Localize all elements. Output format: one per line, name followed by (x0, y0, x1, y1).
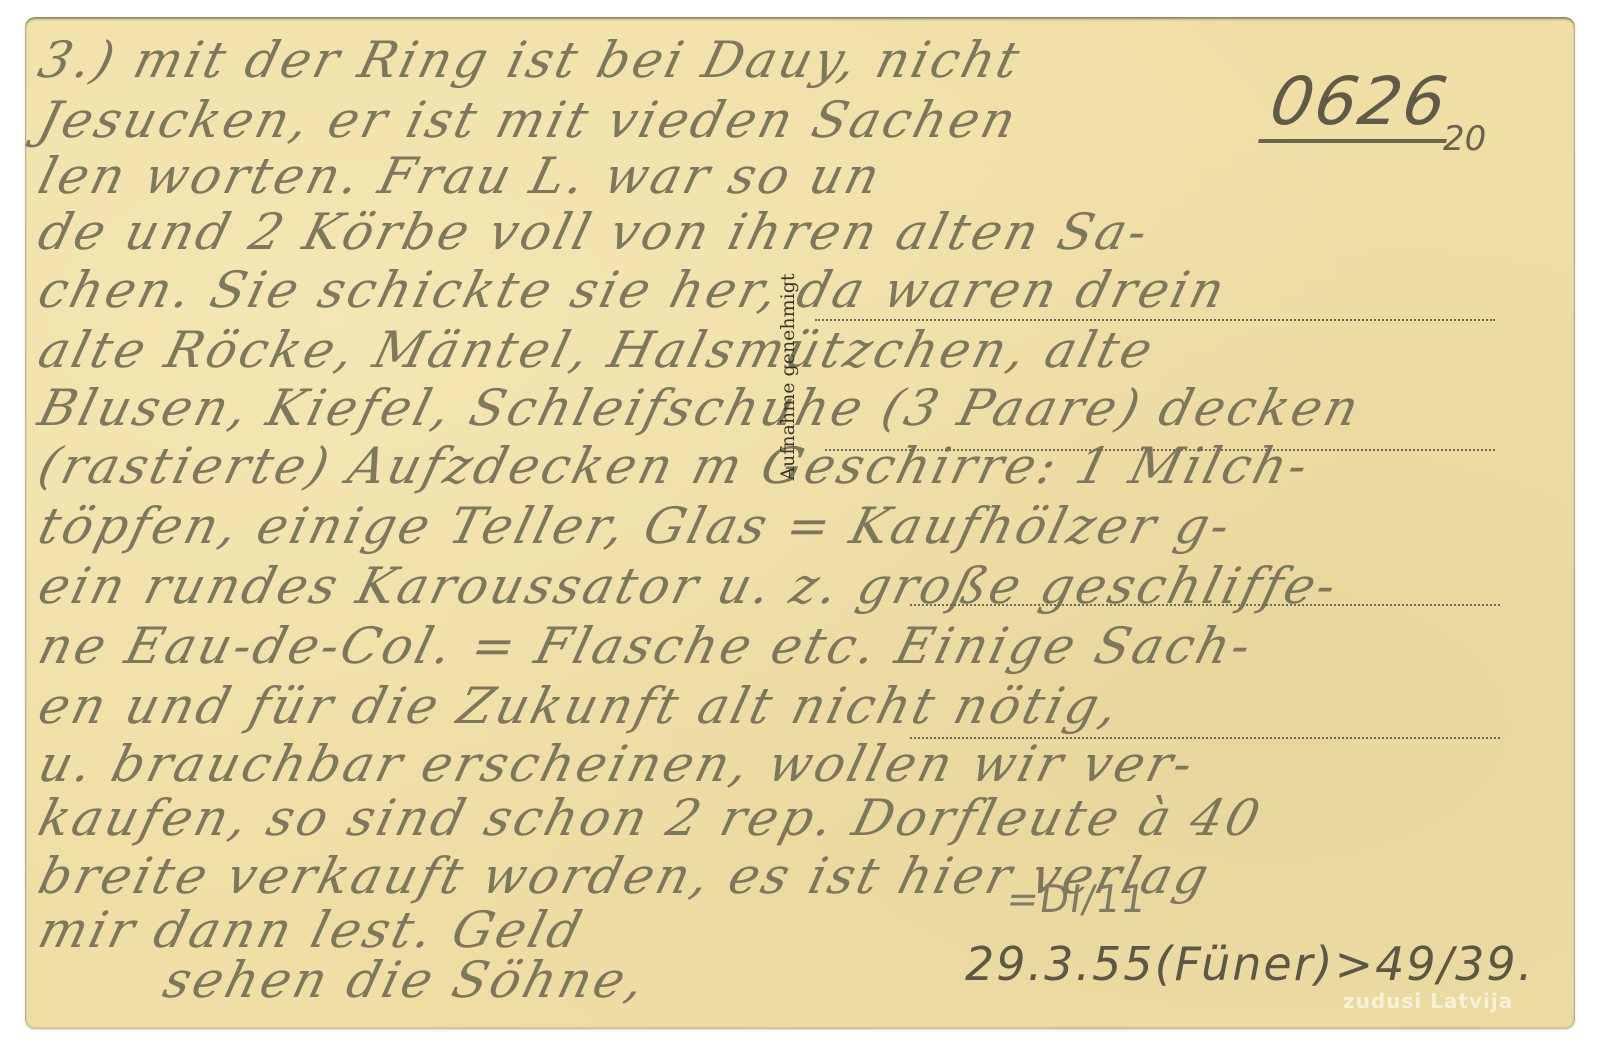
watermark: zudusi Latvija (1343, 989, 1513, 1013)
handwriting-line: (rastierte) Aufzdecken m Geschirre: 1 Mi… (33, 437, 1317, 495)
handwriting-line: 3.) mit der Ring ist bei Dauy, nicht (33, 31, 1028, 89)
handwriting-line: töpfen, einige Teller, Glas = Kaufhölzer… (33, 497, 1239, 555)
handwriting-line: chen. Sie schickte sie her, da waren dre… (33, 261, 1233, 319)
approval-text: Aufnahme genehmigt (777, 273, 799, 480)
address-line (825, 449, 1495, 451)
pencil-reference-note: =DI/11 (1004, 877, 1150, 921)
handwriting-line: Jesucken, er ist mit vieden Sachen (33, 91, 1025, 149)
address-line (910, 737, 1500, 739)
address-line (815, 319, 1495, 321)
handwriting-line: Blusen, Kiefel, Schleifschuhe (3 Paare) … (33, 379, 1368, 437)
handwriting-line: ein rundes Karoussator u. z. große gesch… (33, 557, 1345, 615)
archive-suffix: 20 (1443, 119, 1486, 159)
handwriting-line: u. brauchbar erscheinen, wollen wir ver- (33, 735, 1202, 793)
handwriting-line: alte Röcke, Mäntel, Halsmützchen, alte (33, 321, 1161, 379)
pencil-date-annotation: 29.3.55(Füner)>49/39. (965, 937, 1534, 991)
handwriting-line: en und für die Zukunft alt nicht nötig, (33, 677, 1127, 735)
archive-number: 0626 (1258, 65, 1460, 143)
handwriting-line: len worten. Frau L. war so un (33, 147, 889, 205)
handwriting-line: kaufen, so sind schon 2 rep. Dorfleute à… (33, 789, 1269, 847)
handwriting-line: de und 2 Körbe voll von ihren alten Sa- (33, 203, 1156, 261)
postcard: 3.) mit der Ring ist bei Dauy, nicht Jes… (25, 17, 1575, 1029)
handwriting-line: sehen die Söhne, (158, 951, 653, 1009)
handwriting-line: ne Eau-de-Col. = Flasche etc. Einige Sac… (33, 617, 1260, 675)
address-line (910, 604, 1500, 606)
printed-approval-label: Aufnahme genehmigt (770, 247, 806, 507)
